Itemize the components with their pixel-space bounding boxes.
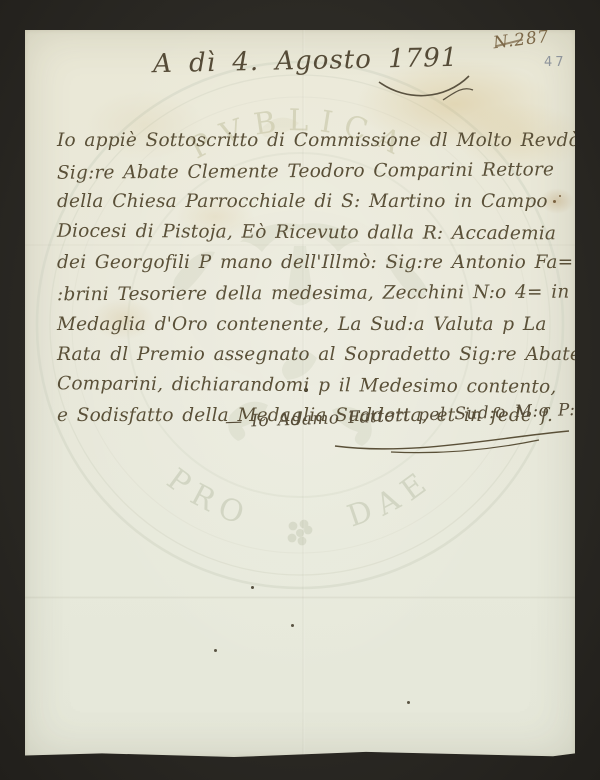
- manuscript-line: Medaglia d'Oro contenente, La Sud:a Valu…: [57, 310, 553, 341]
- manuscript-line: Sig:re Abate Clemente Teodoro Comparini …: [57, 155, 553, 189]
- manuscript-line: Io appiè Sottoscritto di Commissione dl …: [57, 126, 553, 157]
- svg-text:DAE: DAE: [343, 462, 440, 535]
- svg-text:PRO: PRO: [160, 462, 257, 535]
- manuscript-line: Comparini, dichiarandomi p il Medesimo c…: [57, 369, 553, 403]
- fly-speck: [214, 649, 217, 652]
- fox-spot: [553, 200, 556, 203]
- manuscript-body: Io appiè Sottoscritto di Commissione dl …: [57, 126, 553, 432]
- photographed-manuscript: { "annotations": { "registry_number": "N…: [0, 0, 600, 780]
- date-flourish: [377, 70, 477, 106]
- manuscript-line: dei Georgofili P mano dell'Illmò: Sig:re…: [57, 248, 553, 279]
- seal-motto-bottom-left: PRO: [160, 462, 257, 535]
- manuscript-line: della Chiesa Parrocchiale di S: Martino …: [57, 187, 553, 218]
- manuscript-line: :brini Tesoriere della medesima, Zecchin…: [57, 278, 553, 311]
- manuscript-line: Diocesi di Pistoja, Eò Ricevuto dalla R:…: [57, 216, 553, 249]
- manuscript-line: Rata dl Premio assegnato al Sopradetto S…: [57, 340, 553, 371]
- seal-motto-bottom-right: DAE: [343, 462, 440, 535]
- document-paper: PVBLICA PRO DAE: [25, 30, 575, 757]
- folio-number: 47: [544, 55, 567, 70]
- horizontal-fold-crease: [25, 596, 575, 599]
- fly-speck: [291, 624, 294, 627]
- signature-flourish: [333, 428, 573, 454]
- fly-speck: [407, 701, 410, 704]
- fly-speck: [251, 586, 254, 589]
- fox-spot: [559, 195, 561, 197]
- seal-rosette: [288, 520, 313, 546]
